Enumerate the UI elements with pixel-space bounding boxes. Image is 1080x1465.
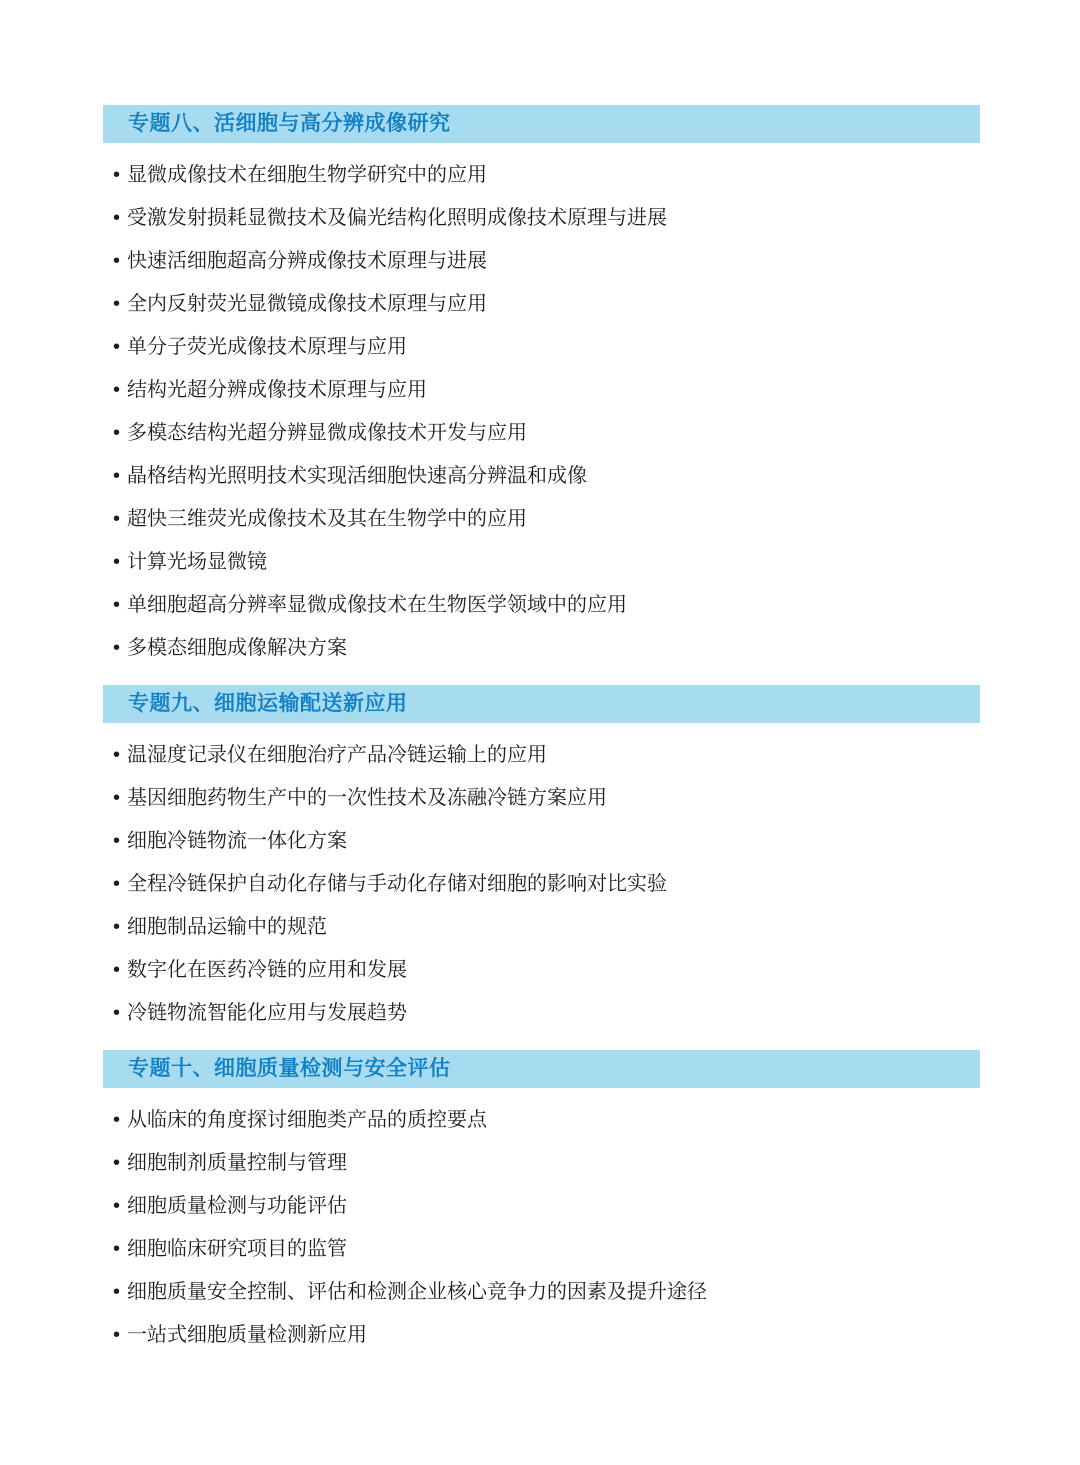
list-item: •快速活细胞超高分辨成像技术原理与进展 (113, 240, 980, 283)
list-item: •从临床的角度探讨细胞类产品的质控要点 (113, 1099, 980, 1142)
section-header-9: 专题九、细胞运输配送新应用 (103, 685, 980, 723)
topic-item-label: 晶格结构光照明技术实现活细胞快速高分辨温和成像 (127, 465, 587, 487)
topic-item-label: 冷链物流智能化应用与发展趋势 (127, 1002, 407, 1024)
topic-list-9: •温湿度记录仪在细胞治疗产品冷链运输上的应用 •基因细胞药物生产中的一次性技术及… (103, 723, 980, 1035)
topic-item-label: 超快三维荧光成像技术及其在生物学中的应用 (127, 508, 527, 530)
agenda-page: 专题八、活细胞与高分辨成像研究 •显微成像技术在细胞生物学研究中的应用 •受激发… (103, 105, 980, 1357)
topic-item-label: 受激发射损耗显微技术及偏光结构化照明成像技术原理与进展 (127, 207, 667, 229)
bullet-icon: • (113, 154, 127, 197)
topic-item-label: 全内反射荧光显微镜成像技术原理与应用 (127, 293, 487, 315)
topic-item-label: 数字化在医药冷链的应用和发展 (127, 959, 407, 981)
bullet-icon: • (113, 197, 127, 240)
list-item: •超快三维荧光成像技术及其在生物学中的应用 (113, 498, 980, 541)
topic-item-label: 显微成像技术在细胞生物学研究中的应用 (127, 164, 487, 186)
topic-item-label: 细胞临床研究项目的监管 (127, 1238, 347, 1260)
list-item: •单细胞超高分辨率显微成像技术在生物医学领域中的应用 (113, 584, 980, 627)
list-item: •晶格结构光照明技术实现活细胞快速高分辨温和成像 (113, 455, 980, 498)
topic-item-label: 细胞制品运输中的规范 (127, 916, 327, 938)
bullet-icon: • (113, 1271, 127, 1314)
topic-item-label: 一站式细胞质量检测新应用 (127, 1324, 367, 1346)
topic-section-9: 专题九、细胞运输配送新应用 •温湿度记录仪在细胞治疗产品冷链运输上的应用 •基因… (103, 685, 980, 1035)
list-item: •细胞质量检测与功能评估 (113, 1185, 980, 1228)
bullet-icon: • (113, 369, 127, 412)
section-title-8: 专题八、活细胞与高分辨成像研究 (128, 112, 451, 135)
topic-item-label: 细胞质量安全控制、评估和检测企业核心竞争力的因素及提升途径 (127, 1281, 707, 1303)
bullet-icon: • (113, 1099, 127, 1142)
bullet-icon: • (113, 498, 127, 541)
topic-section-10: 专题十、细胞质量检测与安全评估 •从临床的角度探讨细胞类产品的质控要点 •细胞制… (103, 1050, 980, 1357)
list-item: •基因细胞药物生产中的一次性技术及冻融冷链方案应用 (113, 777, 980, 820)
bullet-icon: • (113, 777, 127, 820)
list-item: •单分子荧光成像技术原理与应用 (113, 326, 980, 369)
bullet-icon: • (113, 1228, 127, 1271)
list-item: •细胞制剂质量控制与管理 (113, 1142, 980, 1185)
bullet-icon: • (113, 584, 127, 627)
bullet-icon: • (113, 541, 127, 584)
list-item: •细胞冷链物流一体化方案 (113, 820, 980, 863)
bullet-icon: • (113, 820, 127, 863)
bullet-icon: • (113, 412, 127, 455)
list-item: •一站式细胞质量检测新应用 (113, 1314, 980, 1357)
topic-item-label: 计算光场显微镜 (127, 551, 267, 573)
topic-item-label: 快速活细胞超高分辨成像技术原理与进展 (127, 250, 487, 272)
list-item: •数字化在医药冷链的应用和发展 (113, 949, 980, 992)
bullet-icon: • (113, 734, 127, 777)
topic-item-label: 多模态细胞成像解决方案 (127, 637, 347, 659)
topic-section-8: 专题八、活细胞与高分辨成像研究 •显微成像技术在细胞生物学研究中的应用 •受激发… (103, 105, 980, 670)
list-item: •结构光超分辨成像技术原理与应用 (113, 369, 980, 412)
section-title-10: 专题十、细胞质量检测与安全评估 (128, 1057, 451, 1080)
topic-item-label: 温湿度记录仪在细胞治疗产品冷链运输上的应用 (127, 744, 547, 766)
topic-item-label: 全程冷链保护自动化存储与手动化存储对细胞的影响对比实验 (127, 873, 667, 895)
bullet-icon: • (113, 992, 127, 1035)
bullet-icon: • (113, 863, 127, 906)
list-item: •多模态细胞成像解决方案 (113, 627, 980, 670)
bullet-icon: • (113, 283, 127, 326)
section-header-10: 专题十、细胞质量检测与安全评估 (103, 1050, 980, 1088)
topic-item-label: 基因细胞药物生产中的一次性技术及冻融冷链方案应用 (127, 787, 607, 809)
list-item: •受激发射损耗显微技术及偏光结构化照明成像技术原理与进展 (113, 197, 980, 240)
topic-item-label: 单细胞超高分辨率显微成像技术在生物医学领域中的应用 (127, 594, 627, 616)
bullet-icon: • (113, 627, 127, 670)
bullet-icon: • (113, 326, 127, 369)
bullet-icon: • (113, 906, 127, 949)
topic-item-label: 细胞制剂质量控制与管理 (127, 1152, 347, 1174)
topic-item-label: 细胞质量检测与功能评估 (127, 1195, 347, 1217)
section-title-9: 专题九、细胞运输配送新应用 (128, 692, 408, 715)
topic-item-label: 从临床的角度探讨细胞类产品的质控要点 (127, 1109, 487, 1131)
list-item: •多模态结构光超分辨显微成像技术开发与应用 (113, 412, 980, 455)
list-item: •细胞制品运输中的规范 (113, 906, 980, 949)
list-item: •计算光场显微镜 (113, 541, 980, 584)
bullet-icon: • (113, 455, 127, 498)
topic-list-8: •显微成像技术在细胞生物学研究中的应用 •受激发射损耗显微技术及偏光结构化照明成… (103, 143, 980, 670)
list-item: •温湿度记录仪在细胞治疗产品冷链运输上的应用 (113, 734, 980, 777)
topic-list-10: •从临床的角度探讨细胞类产品的质控要点 •细胞制剂质量控制与管理 •细胞质量检测… (103, 1088, 980, 1357)
list-item: •细胞临床研究项目的监管 (113, 1228, 980, 1271)
topic-item-label: 细胞冷链物流一体化方案 (127, 830, 347, 852)
topic-item-label: 结构光超分辨成像技术原理与应用 (127, 379, 427, 401)
section-header-8: 专题八、活细胞与高分辨成像研究 (103, 105, 980, 143)
list-item: •细胞质量安全控制、评估和检测企业核心竞争力的因素及提升途径 (113, 1271, 980, 1314)
bullet-icon: • (113, 240, 127, 283)
list-item: •全程冷链保护自动化存储与手动化存储对细胞的影响对比实验 (113, 863, 980, 906)
topic-item-label: 多模态结构光超分辨显微成像技术开发与应用 (127, 422, 527, 444)
list-item: •显微成像技术在细胞生物学研究中的应用 (113, 154, 980, 197)
topic-item-label: 单分子荧光成像技术原理与应用 (127, 336, 407, 358)
list-item: •全内反射荧光显微镜成像技术原理与应用 (113, 283, 980, 326)
bullet-icon: • (113, 1142, 127, 1185)
bullet-icon: • (113, 1314, 127, 1357)
list-item: •冷链物流智能化应用与发展趋势 (113, 992, 980, 1035)
bullet-icon: • (113, 1185, 127, 1228)
bullet-icon: • (113, 949, 127, 992)
